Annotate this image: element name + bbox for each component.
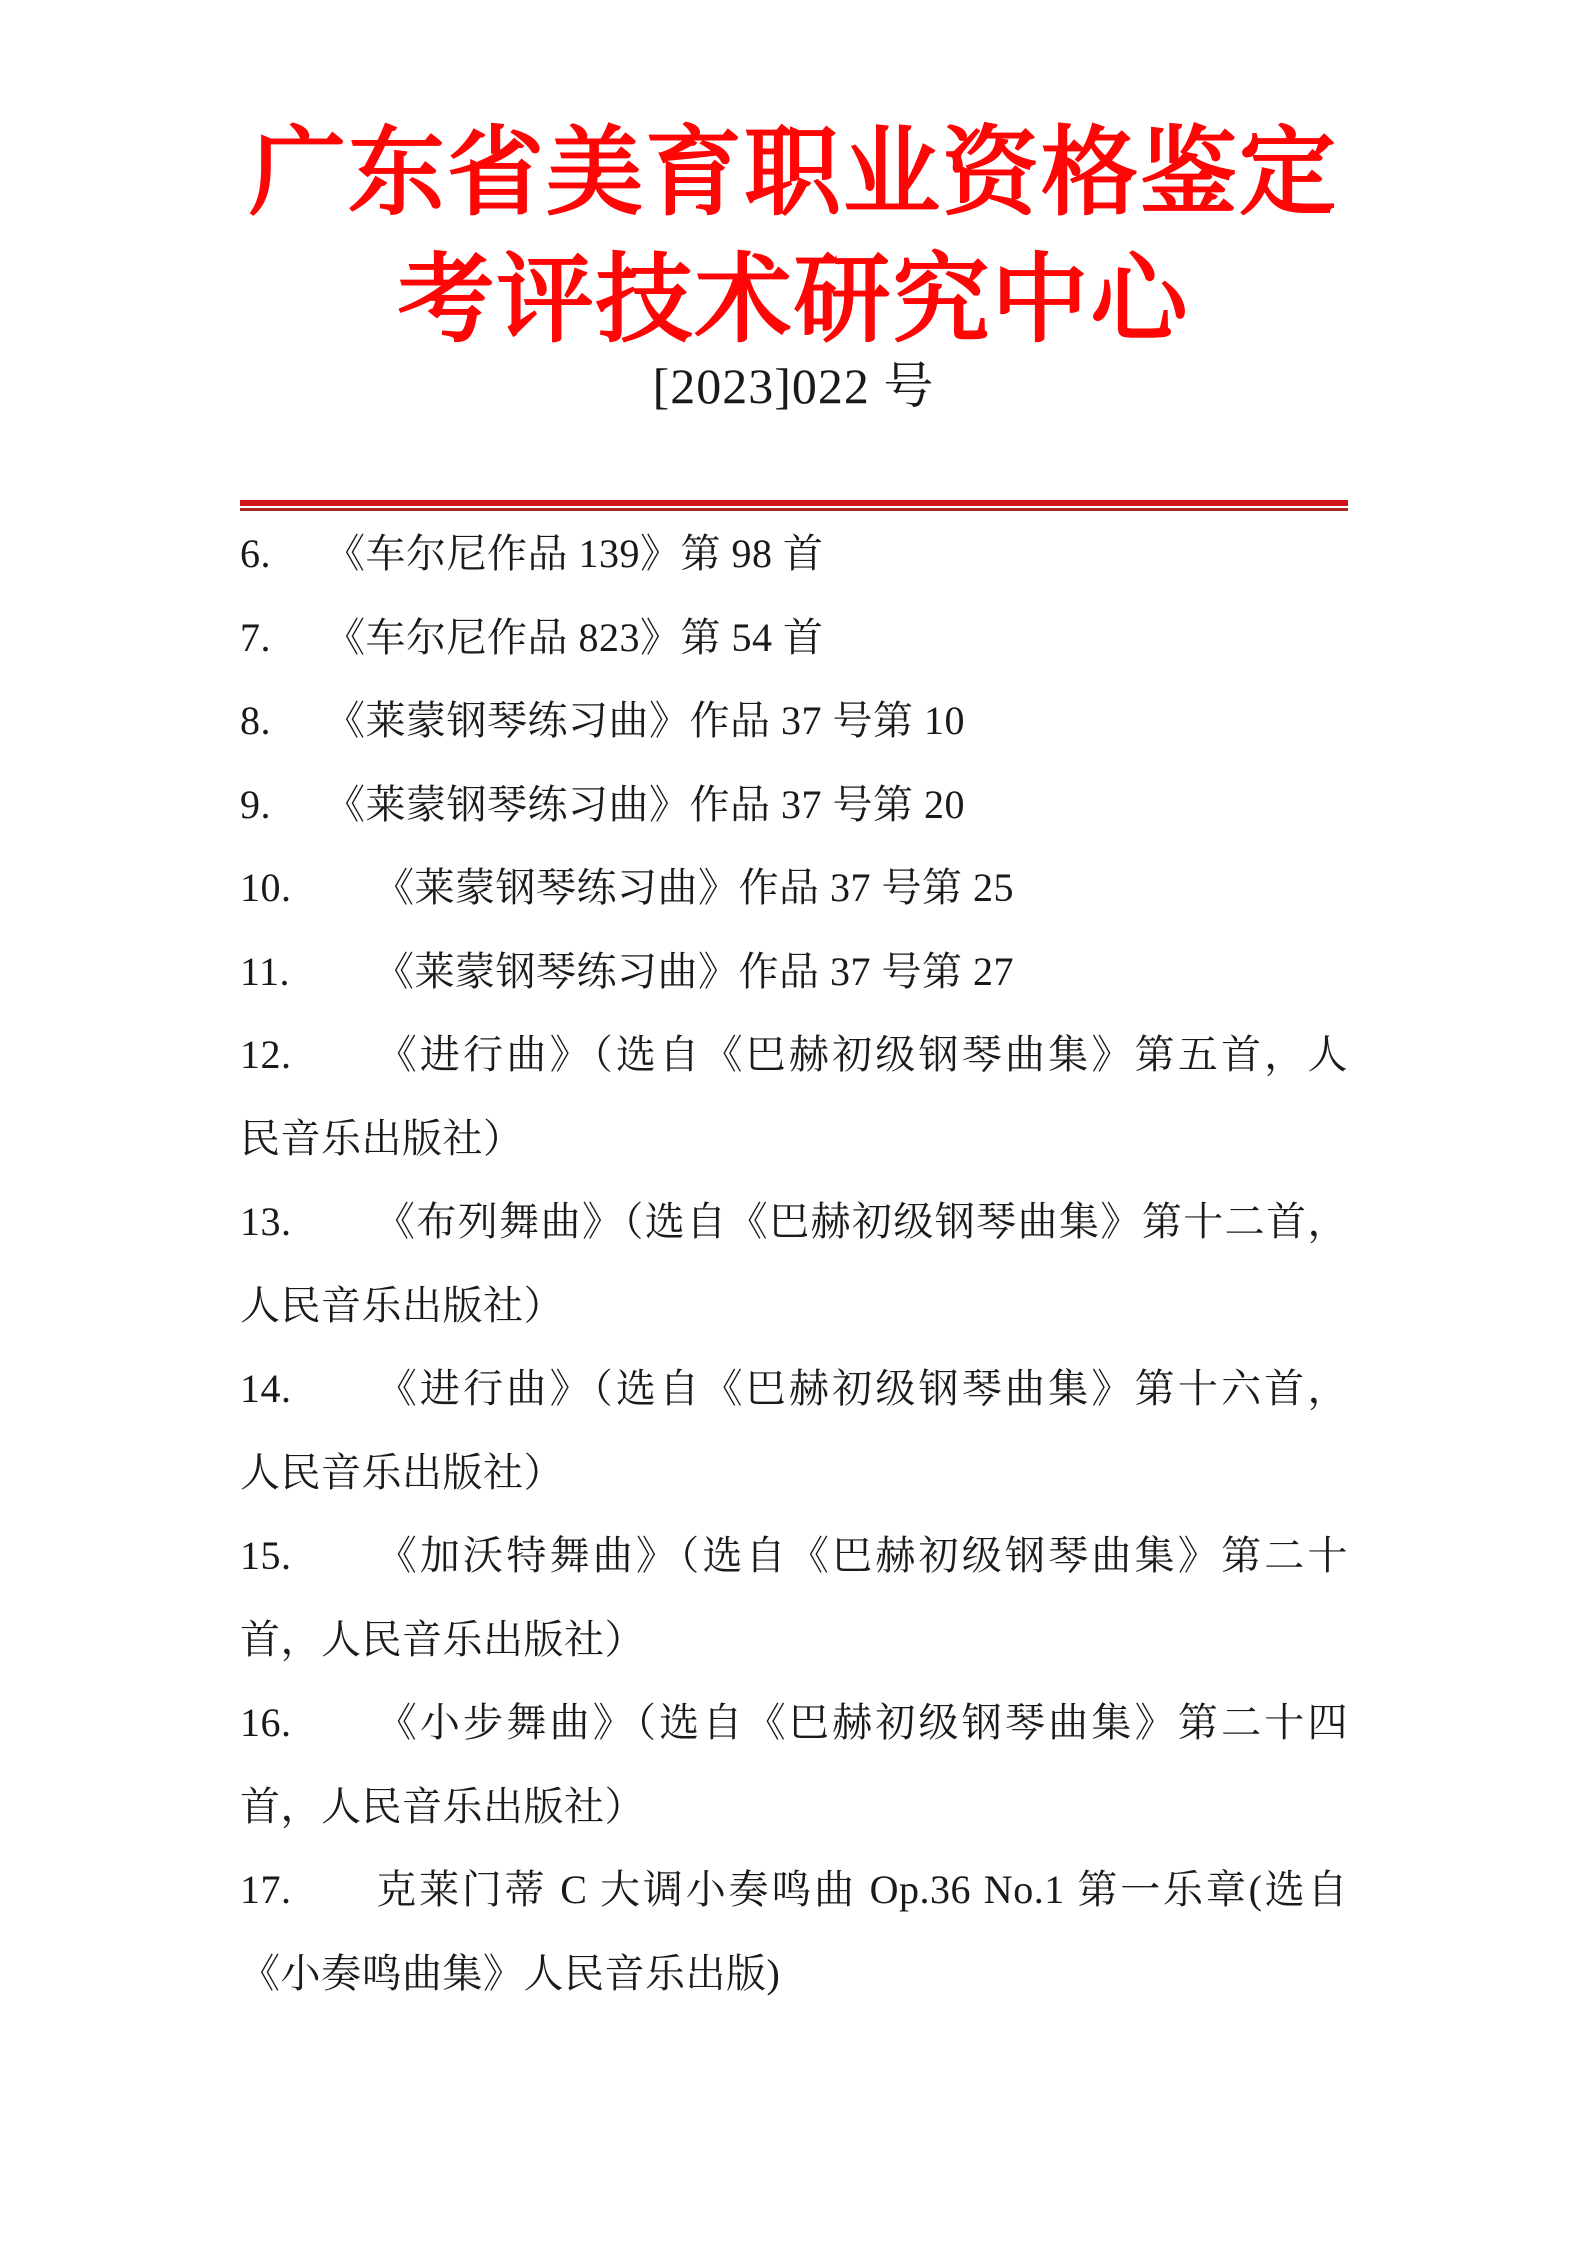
list-item: 11.《莱蒙钢琴练习曲》作品 37 号第 27 — [240, 930, 1348, 1014]
list-item-line: 首，人民音乐出版社） — [240, 1765, 1348, 1849]
item-number: 8. — [240, 679, 325, 763]
org-title: 广东省美育职业资格鉴定 考评技术研究中心 — [0, 110, 1587, 364]
item-number: 10. — [240, 846, 374, 930]
list-item-line: 6.《车尔尼作品 139》第 98 首 — [240, 512, 1348, 596]
list-item-line: 14.《进行曲》（选自《巴赫初级钢琴曲集》第十六首， — [240, 1347, 1348, 1431]
document-page: 广东省美育职业资格鉴定 考评技术研究中心 [2023]022 号 6.《车尔尼作… — [0, 0, 1587, 2245]
item-number: 13. — [240, 1180, 374, 1264]
item-text: 《车尔尼作品 823》第 54 首 — [325, 615, 824, 660]
list-item: 14.《进行曲》（选自《巴赫初级钢琴曲集》第十六首，人民音乐出版社） — [240, 1347, 1348, 1514]
list-item-line: 15.《加沃特舞曲》（选自《巴赫初级钢琴曲集》第二十 — [240, 1514, 1348, 1598]
letterhead-divider — [240, 500, 1348, 511]
list-item-line: 首，人民音乐出版社） — [240, 1598, 1348, 1682]
item-number: 15. — [240, 1514, 374, 1598]
list-item-line: 16.《小步舞曲》（选自《巴赫初级钢琴曲集》第二十四 — [240, 1681, 1348, 1765]
list-item-line: 13.《布列舞曲》（选自《巴赫初级钢琴曲集》第十二首， — [240, 1180, 1348, 1264]
list-item-line: 8.《莱蒙钢琴练习曲》作品 37 号第 10 — [240, 679, 1348, 763]
item-text: 《莱蒙钢琴练习曲》作品 37 号第 10 — [325, 698, 965, 743]
org-title-line2: 考评技术研究中心 — [0, 237, 1587, 364]
item-number: 16. — [240, 1681, 374, 1765]
list-item: 10.《莱蒙钢琴练习曲》作品 37 号第 25 — [240, 846, 1348, 930]
item-text: 《车尔尼作品 139》第 98 首 — [325, 531, 824, 576]
item-text: 《小步舞曲》（选自《巴赫初级钢琴曲集》第二十四 — [374, 1700, 1348, 1745]
document-number: [2023]022 号 — [0, 356, 1587, 416]
list-item: 16.《小步舞曲》（选自《巴赫初级钢琴曲集》第二十四首，人民音乐出版社） — [240, 1681, 1348, 1848]
list-item-line: 12.《进行曲》（选自《巴赫初级钢琴曲集》第五首，人 — [240, 1013, 1348, 1097]
list-item-line: 11.《莱蒙钢琴练习曲》作品 37 号第 27 — [240, 930, 1348, 1014]
item-number: 11. — [240, 930, 374, 1014]
list-item-line: 7.《车尔尼作品 823》第 54 首 — [240, 596, 1348, 680]
list-item-line: 人民音乐出版社） — [240, 1264, 1348, 1348]
list-item-line: 9.《莱蒙钢琴练习曲》作品 37 号第 20 — [240, 763, 1348, 847]
item-number: 6. — [240, 512, 325, 596]
item-number: 17. — [240, 1848, 374, 1932]
list-item: 17.克莱门蒂 C 大调小奏鸣曲 Op.36 No.1 第一乐章(选自《小奏鸣曲… — [240, 1848, 1348, 2015]
item-number: 9. — [240, 763, 325, 847]
list-item: 15.《加沃特舞曲》（选自《巴赫初级钢琴曲集》第二十首，人民音乐出版社） — [240, 1514, 1348, 1681]
piece-list: 6.《车尔尼作品 139》第 98 首7.《车尔尼作品 823》第 54 首8.… — [240, 512, 1348, 2015]
item-number: 12. — [240, 1013, 374, 1097]
list-item-line: 10.《莱蒙钢琴练习曲》作品 37 号第 25 — [240, 846, 1348, 930]
item-text: 《莱蒙钢琴练习曲》作品 37 号第 27 — [374, 949, 1014, 994]
list-item-line: 《小奏鸣曲集》人民音乐出版) — [240, 1932, 1348, 2016]
item-text: 《进行曲》（选自《巴赫初级钢琴曲集》第五首，人 — [374, 1032, 1348, 1077]
list-item: 8.《莱蒙钢琴练习曲》作品 37 号第 10 — [240, 679, 1348, 763]
org-title-line1: 广东省美育职业资格鉴定 — [0, 110, 1587, 237]
item-number: 7. — [240, 596, 325, 680]
item-text: 克莱门蒂 C 大调小奏鸣曲 Op.36 No.1 第一乐章(选自 — [374, 1867, 1348, 1912]
list-item: 9.《莱蒙钢琴练习曲》作品 37 号第 20 — [240, 763, 1348, 847]
item-text: 《莱蒙钢琴练习曲》作品 37 号第 25 — [374, 865, 1014, 910]
item-number: 14. — [240, 1347, 374, 1431]
item-text: 《进行曲》（选自《巴赫初级钢琴曲集》第十六首， — [374, 1366, 1348, 1411]
list-item: 12.《进行曲》（选自《巴赫初级钢琴曲集》第五首，人民音乐出版社） — [240, 1013, 1348, 1180]
list-item-line: 人民音乐出版社） — [240, 1431, 1348, 1515]
list-item-line: 民音乐出版社） — [240, 1097, 1348, 1181]
list-item: 13.《布列舞曲》（选自《巴赫初级钢琴曲集》第十二首，人民音乐出版社） — [240, 1180, 1348, 1347]
item-text: 《布列舞曲》（选自《巴赫初级钢琴曲集》第十二首， — [374, 1199, 1348, 1244]
item-text: 《加沃特舞曲》（选自《巴赫初级钢琴曲集》第二十 — [374, 1533, 1348, 1578]
list-item-line: 17.克莱门蒂 C 大调小奏鸣曲 Op.36 No.1 第一乐章(选自 — [240, 1848, 1348, 1932]
list-item: 6.《车尔尼作品 139》第 98 首 — [240, 512, 1348, 596]
item-text: 《莱蒙钢琴练习曲》作品 37 号第 20 — [325, 782, 965, 827]
divider-thin-line — [240, 508, 1348, 511]
list-item: 7.《车尔尼作品 823》第 54 首 — [240, 596, 1348, 680]
